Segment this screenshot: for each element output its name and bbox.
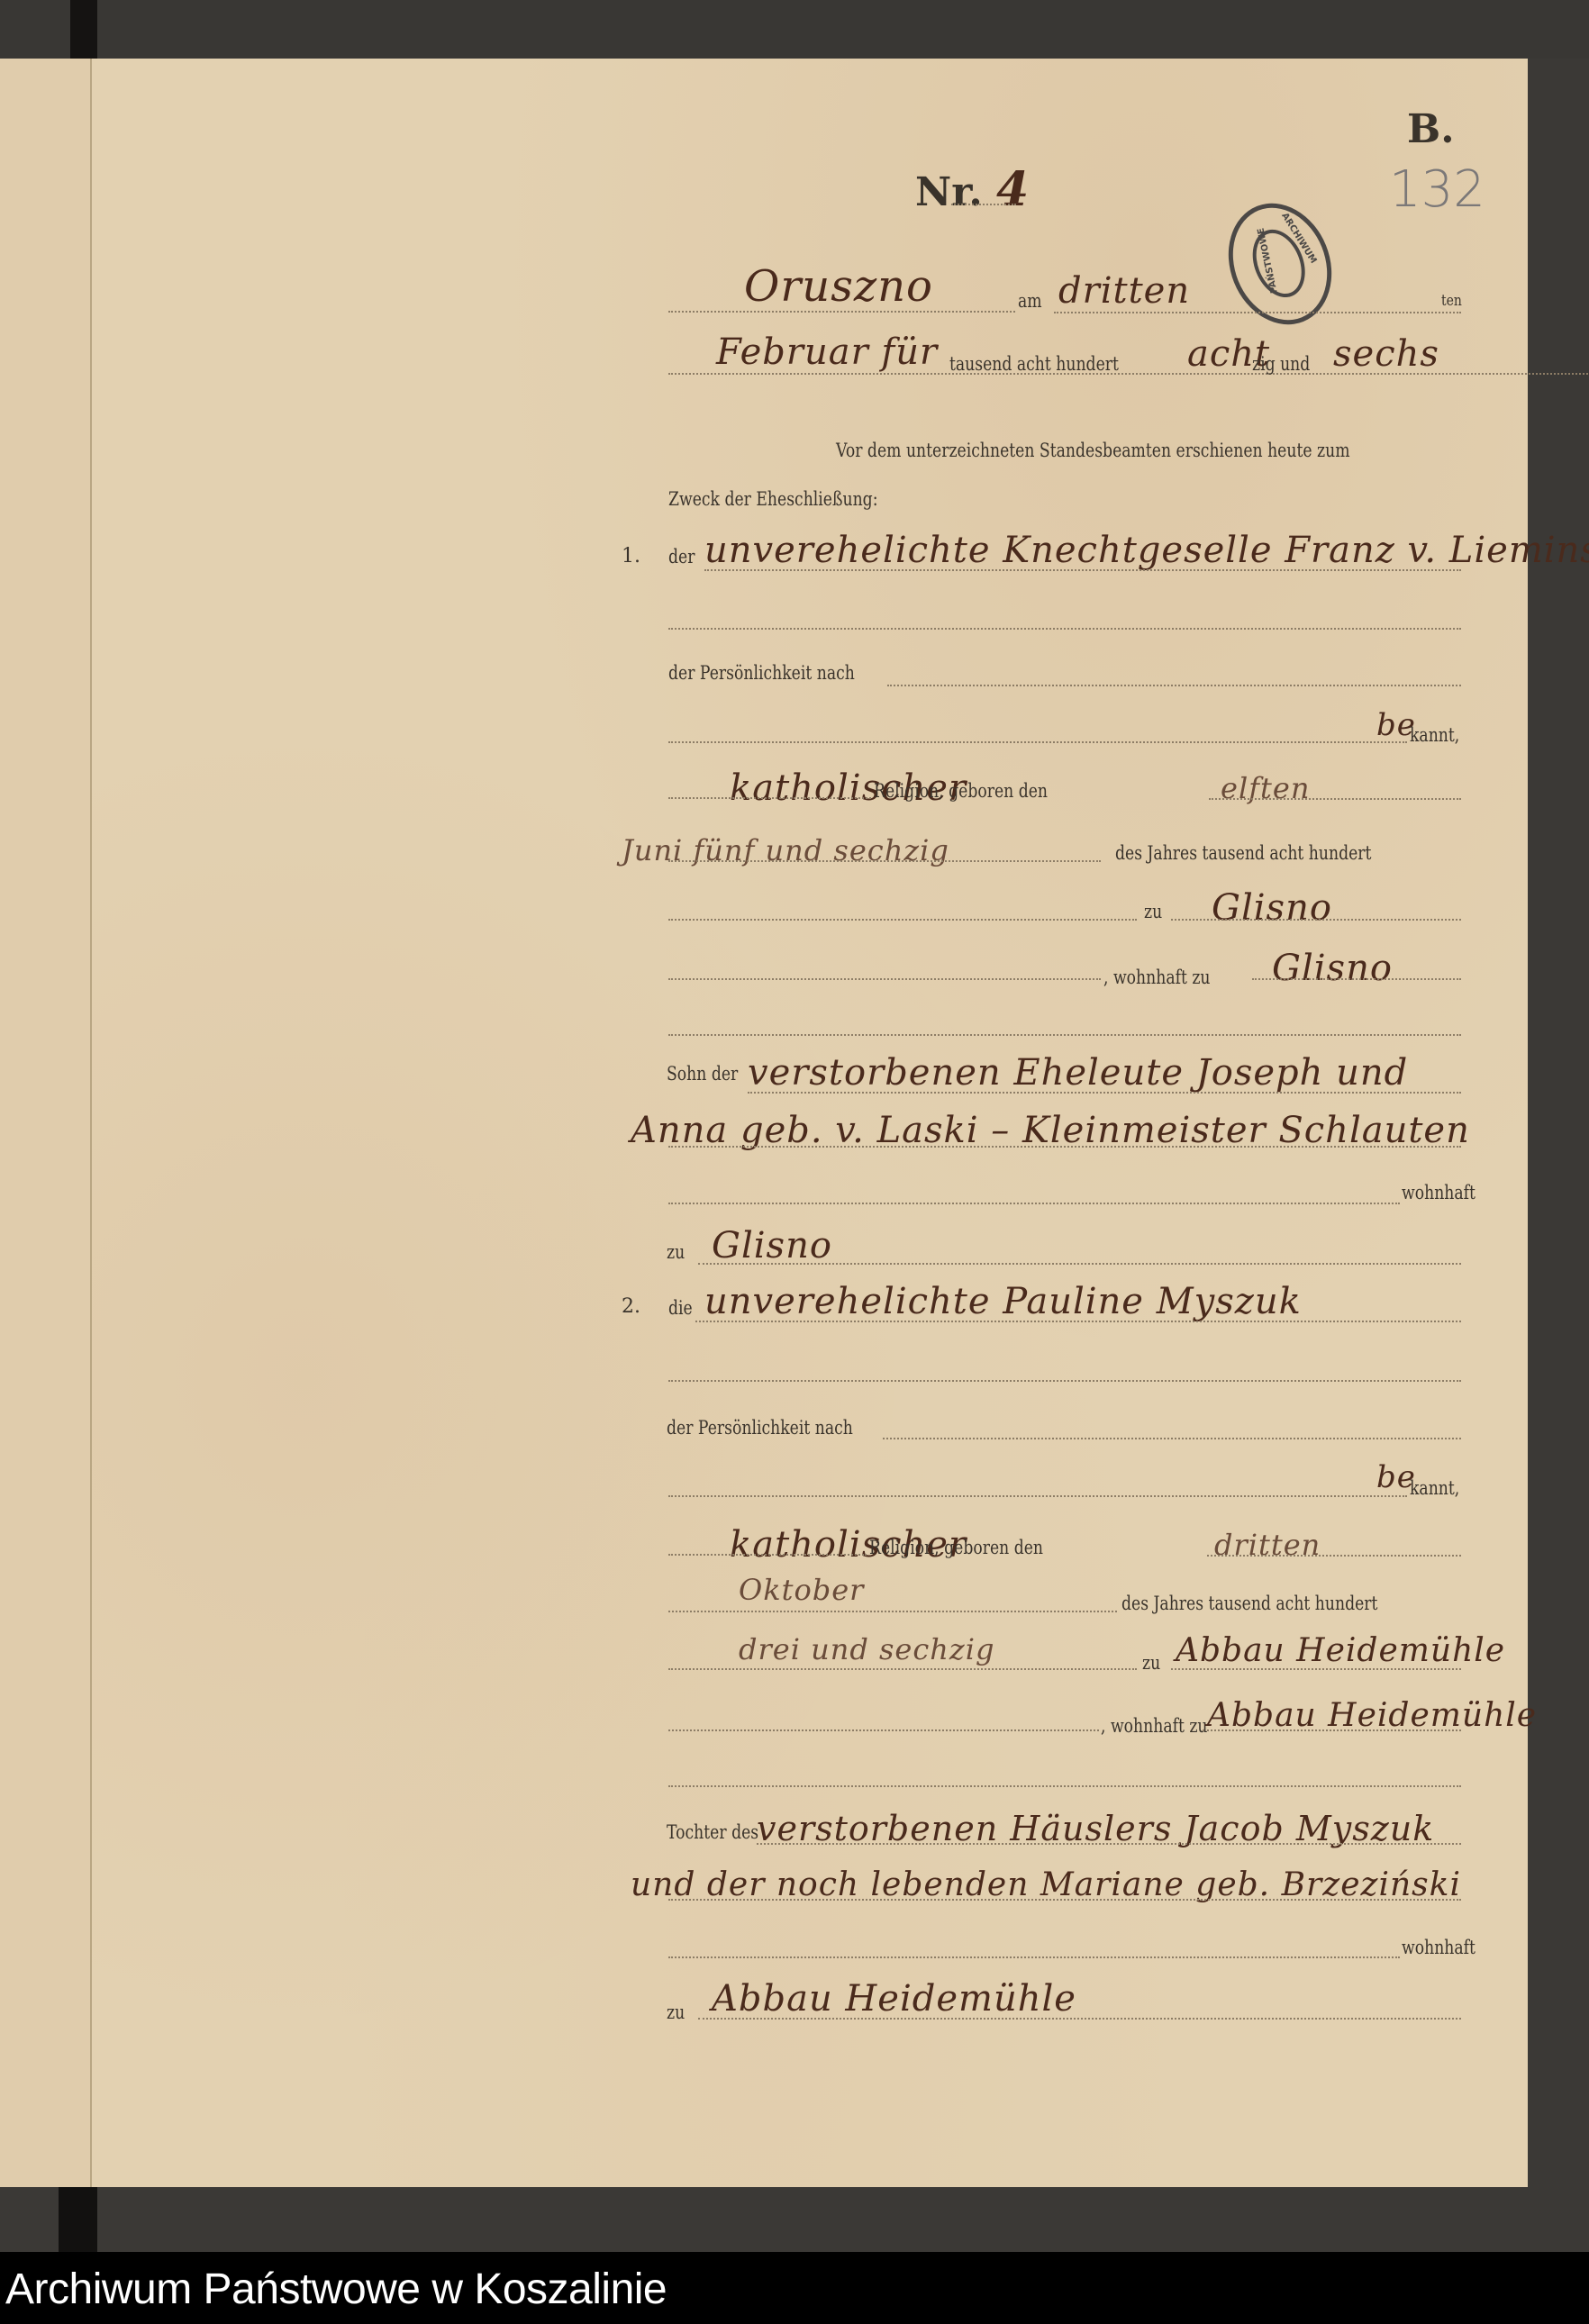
groom-description-line [704,569,1461,571]
bride-parents-zu-label: zu [667,2002,685,2023]
groom-parents-residence-line [668,1203,1400,1204]
groom-parents-residence: Glisno [712,1225,832,1266]
registry-month: Februar für [716,331,938,373]
bride-residence-label: , wohnhaft zu [1101,1715,1208,1737]
groom-parents-label: Sohn der [667,1063,738,1085]
bride-parents-line-1-rule [757,1843,1461,1845]
bride-parents-label: Tochter des [667,1821,758,1843]
groom-parents-zu-label: zu [667,1241,685,1263]
groom-parents-line-1-rule [748,1092,1461,1094]
registry-unit: sechs [1333,333,1439,375]
bride-birth-year-label: des Jahres tausend acht hundert [1121,1593,1377,1614]
record-number: 4 [996,162,1030,217]
archive-folio-number: 132 [1389,160,1485,219]
bride-parents-residence-label: wohnhaft [1402,1937,1475,1958]
groom-birth-place-line-left [668,919,1137,921]
bride-birth-place-line [1171,1668,1461,1670]
groom-article: der [668,546,695,567]
intro-line-1: Vor dem unterzeichneten Standesbeamten e… [836,440,1350,461]
bride-description-line [695,1321,1461,1322]
bride-birth-year-line [668,1668,1137,1670]
bride-birth-month-line [668,1611,1117,1612]
bride-residence-line-left [668,1729,1099,1731]
groom-known-label: kannt, [1410,724,1459,746]
record-number-label: Nr. 4 [915,162,1030,217]
groom-birth-place: Glisno [1212,887,1332,929]
scan-background-top [0,0,1589,59]
bride-religion-label: Religion, geboren den [869,1537,1043,1558]
binding-spine-bottom [59,2187,97,2252]
bride-religion-line [668,1554,867,1556]
groom-number: 1. [622,545,640,567]
bride-parents-residence-line [668,1956,1400,1958]
bride-birth-place: Abbau Heidemühle [1176,1632,1505,1669]
ten-label: ten [1441,292,1462,310]
groom-birth-year-label: des Jahres tausend acht hundert [1115,842,1371,864]
bride-known-line [668,1495,1407,1497]
day-line [1054,312,1461,313]
groom-birth-place-line [1171,919,1461,921]
bride-residence-line [1203,1729,1461,1731]
bride-parents-line-2: und der noch lebenden Mariane geb. Brzez… [631,1866,1461,1903]
groom-birth-place-label: zu [1144,901,1162,922]
groom-residence-line [1252,978,1461,980]
bride-number: 2. [622,1295,640,1318]
bride-birth-day-line [1207,1555,1461,1557]
groom-religion-line [668,797,871,799]
adjacent-leaf [0,59,92,2187]
record-number-line [951,204,1016,205]
groom-identity-line [887,685,1461,686]
groom-parents-residence-label: wohnhaft [1402,1182,1475,1203]
form-letter: B. [1407,106,1455,152]
groom-religion-label: Religion, geboren den [874,780,1048,802]
groom-description: unverehelichte Knechtgeselle Franz v. Li… [704,530,1589,571]
groom-residence: Glisno [1272,948,1393,989]
groom-birth-month-line [668,860,1101,862]
bride-residence: Abbau Heidemühle [1207,1697,1537,1734]
archive-name: Archiwum Państwowe w Koszalinie [5,2265,667,2314]
registry-place: Oruszno [744,261,933,312]
groom-identity-label: der Persönlichkeit nach [668,662,855,684]
bride-description: unverehelichte Pauline Myszuk [704,1281,1302,1322]
bride-identity-line [883,1438,1461,1439]
groom-birth-day-line [1209,798,1461,800]
archive-stamp-inner-ring [1243,222,1314,305]
groom-birth-day: elften [1221,771,1310,805]
bride-birth-year-words: drei und sechzig [739,1632,994,1666]
groom-parents-residence-rule [698,1263,1461,1265]
bride-identity-label: der Persönlichkeit nach [667,1417,853,1439]
month-year-line [668,373,1589,375]
groom-residence-line-left [668,978,1101,980]
zig-und-label: zig und [1252,353,1310,375]
year-prefix-label: tausend acht hundert [949,353,1119,375]
bride-article: die [668,1297,693,1319]
bride-parents-line-2-rule [668,1899,1461,1901]
groom-parents-line-1: verstorbenen Eheleute Joseph und [748,1052,1408,1094]
groom-residence-label: , wohnhaft zu [1103,967,1211,988]
binding-spine [70,0,97,59]
groom-extra-line [668,628,1461,630]
registry-day: dritten [1058,270,1190,312]
bride-birth-place-label: zu [1142,1652,1160,1674]
groom-parents-line-2-rule [668,1146,1461,1148]
groom-known-line [668,741,1407,743]
intro-line-2: Zweck der Eheschließung: [668,488,878,510]
bride-extra-line [668,1380,1461,1382]
am-label: am [1018,290,1042,312]
groom-parents-top-line [668,1034,1461,1036]
bride-parents-residence-rule [698,2018,1461,2020]
groom-birth-month-year: Juni fünf und sechzig [622,833,949,867]
bride-birth-month: Oktober [739,1573,864,1607]
bride-known-label: kannt, [1410,1477,1459,1499]
place-line [668,311,1015,313]
bride-birth-day: dritten [1214,1528,1321,1562]
bride-parents-top-line [668,1785,1461,1787]
bride-parents-residence: Abbau Heidemühle [712,1978,1076,2020]
